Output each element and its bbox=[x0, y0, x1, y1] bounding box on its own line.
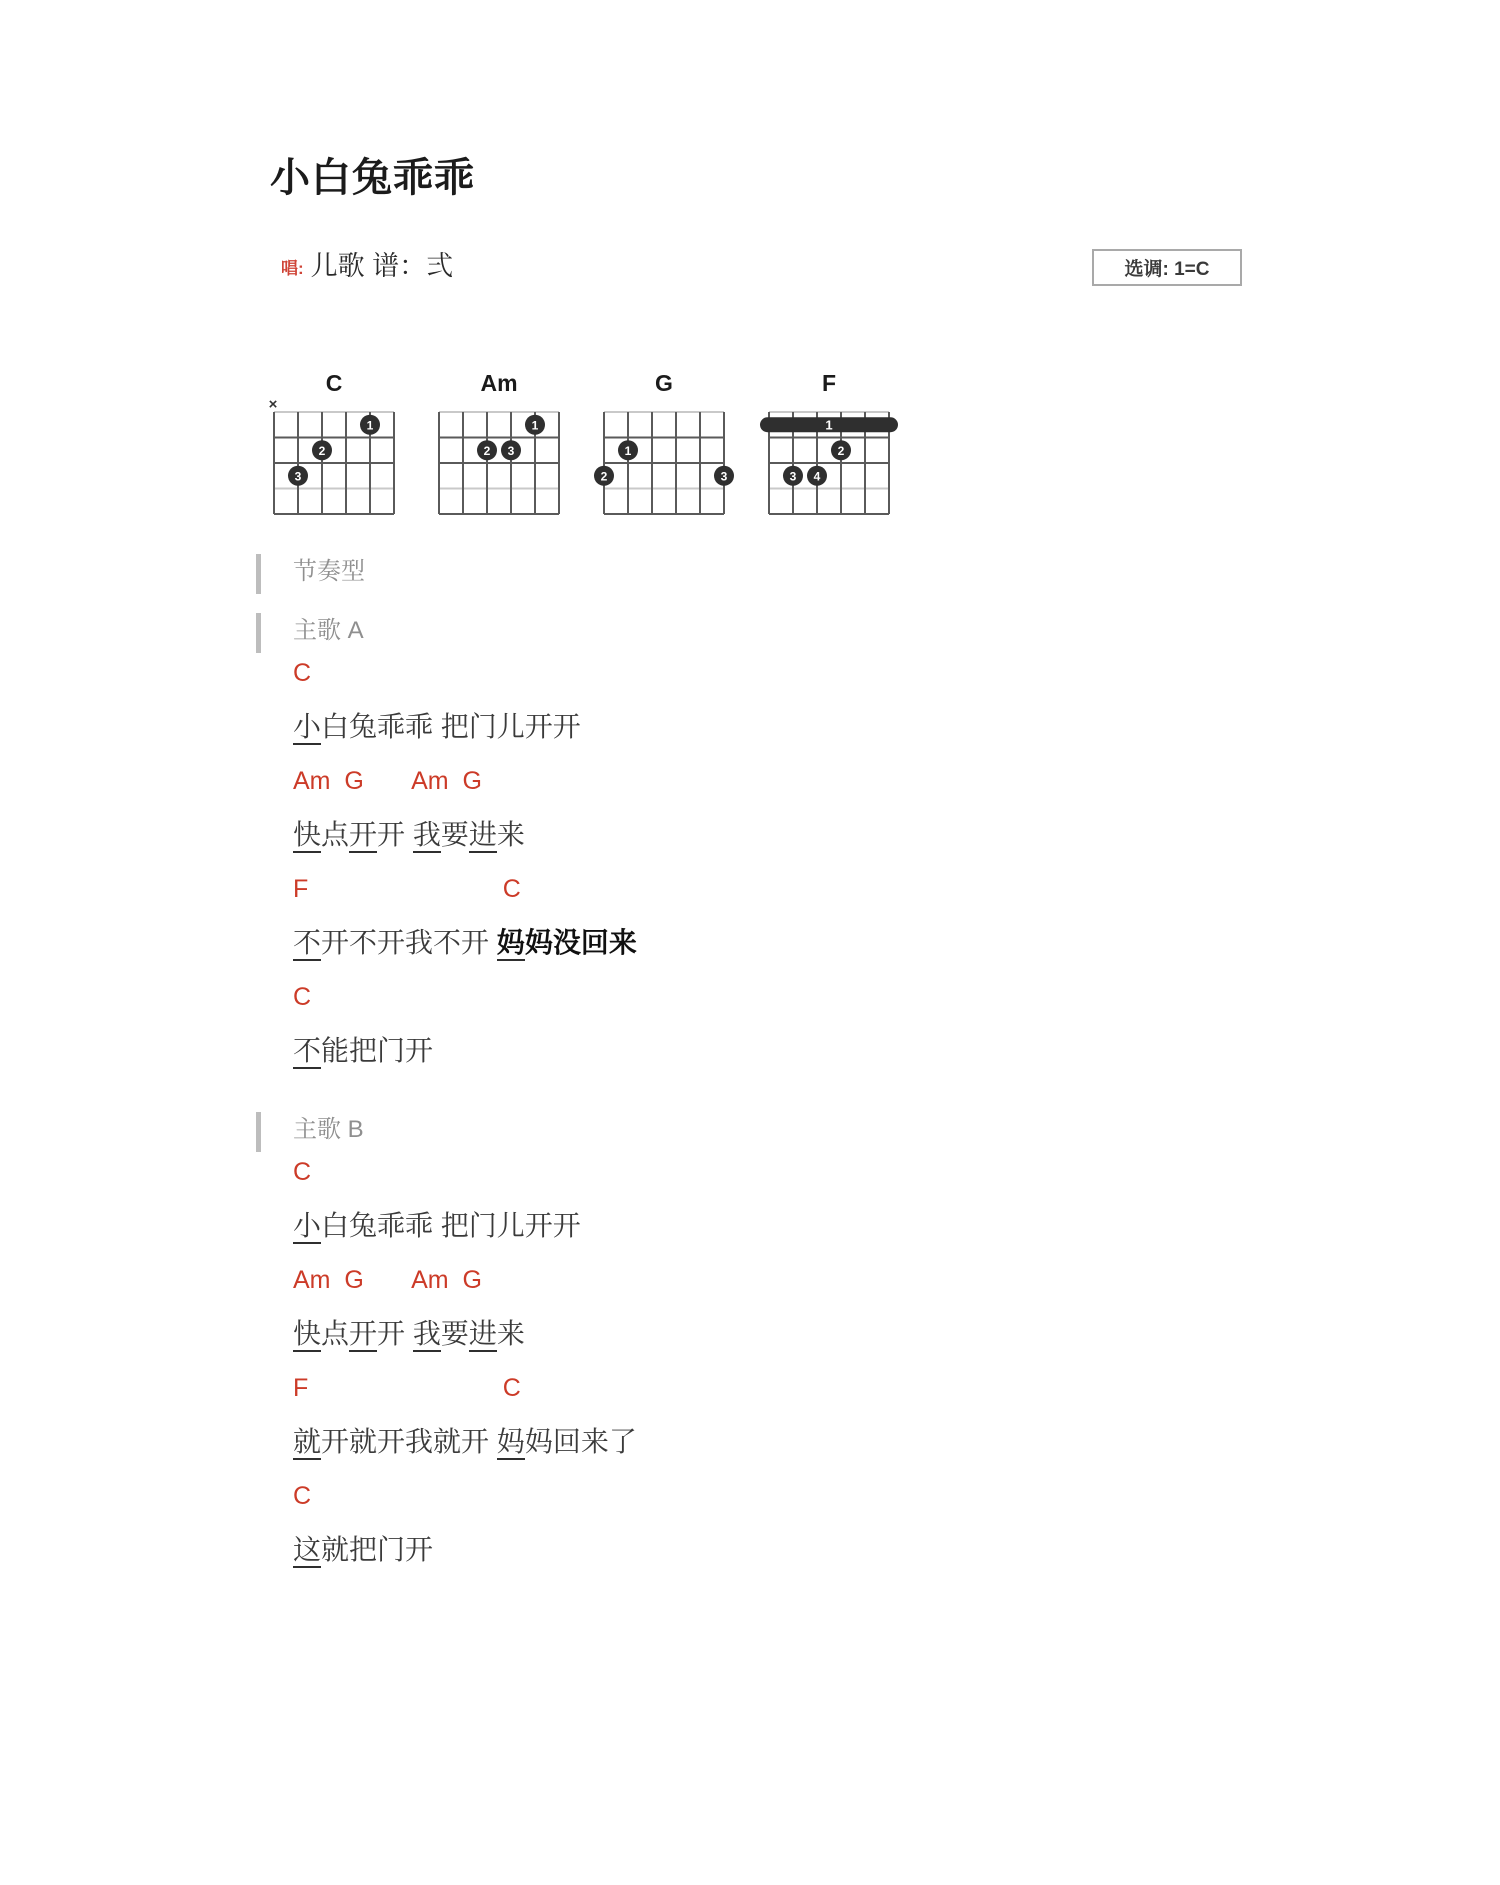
chord-diagram: C×123 bbox=[262, 370, 406, 522]
lyric-segment: 开 bbox=[377, 819, 413, 850]
finger-number: 3 bbox=[508, 444, 515, 458]
lyric-line: 小白兔乖乖 把门儿开开 bbox=[293, 709, 637, 745]
finger-number: 1 bbox=[367, 418, 374, 432]
barre-finger-number: 1 bbox=[825, 417, 832, 432]
chord-diagram: G123 bbox=[592, 370, 736, 522]
lyric-segment: 要 bbox=[441, 1318, 469, 1349]
lyric-segment: 点 bbox=[321, 819, 349, 850]
section: 主歌 AC小白兔乖乖 把门儿开开Am G Am G快点开开 我要进来F C不开不… bbox=[256, 615, 637, 1069]
chord-line: C bbox=[293, 1482, 637, 1510]
lyric-segment: 不 bbox=[293, 927, 321, 961]
lyric-segment: 不 bbox=[293, 1035, 321, 1069]
finger-number: 2 bbox=[319, 444, 326, 458]
chord-diagrams: C×123Am123G123F1234 bbox=[262, 370, 901, 522]
lyric-segment: 白兔乖乖 把门儿开开 bbox=[321, 1210, 581, 1241]
lyric-segment: 开就开我就开 bbox=[321, 1426, 497, 1457]
lyric-segment: 要 bbox=[441, 819, 469, 850]
lyric-segment: 进 bbox=[469, 819, 497, 853]
section-label: 主歌 A bbox=[293, 617, 364, 644]
chord-name: Am bbox=[427, 370, 571, 398]
finger-number: 1 bbox=[532, 418, 539, 432]
lyric-segment: 小 bbox=[293, 1210, 321, 1244]
muted-x-icon: × bbox=[269, 398, 278, 413]
finger-number: 2 bbox=[601, 469, 608, 483]
lyric-line: 小白兔乖乖 把门儿开开 bbox=[293, 1208, 637, 1244]
lyric-segment: 快 bbox=[293, 1318, 321, 1352]
chord-line: C bbox=[293, 659, 637, 687]
lyric-segment: 小 bbox=[293, 711, 321, 745]
lyric-segment: 妈 bbox=[497, 927, 525, 961]
lyric-segment: 点 bbox=[321, 1318, 349, 1349]
lyric-segment: 就 bbox=[293, 1426, 321, 1460]
chord-line: Am G Am G bbox=[293, 1266, 637, 1294]
lyric-line: 这就把门开 bbox=[293, 1532, 637, 1568]
chord-name: G bbox=[592, 370, 736, 398]
credits: 唱: 儿歌 谱：弍 bbox=[281, 244, 453, 283]
section-label: 节奏型 bbox=[293, 558, 365, 585]
lyric-segment: 能把门开 bbox=[321, 1035, 433, 1066]
chord-line: C bbox=[293, 983, 637, 1011]
finger-number: 2 bbox=[484, 444, 491, 458]
lyric-segment: 来 bbox=[497, 819, 525, 850]
chord-grid-svg: 123 bbox=[427, 398, 571, 522]
credit-singer-label: 唱: bbox=[281, 254, 304, 283]
section-label: 主歌 B bbox=[293, 1116, 364, 1143]
chord-sheet-page: 小白兔乖乖 唱: 儿歌 谱：弍 选调: 1=C C×123Am123G123F1… bbox=[0, 0, 1500, 1885]
lyric-segment: 我 bbox=[413, 1318, 441, 1352]
lyric-segment: 开不开我不开 bbox=[321, 927, 497, 958]
chord-diagram: F1234 bbox=[757, 370, 901, 522]
chord-line: F C bbox=[293, 875, 637, 903]
chord-line: F C bbox=[293, 1374, 637, 1402]
chord-grid-svg: 123 bbox=[592, 398, 736, 522]
finger-number: 3 bbox=[721, 469, 728, 483]
lyric-sections: 节奏型主歌 AC小白兔乖乖 把门儿开开Am G Am G快点开开 我要进来F C… bbox=[256, 556, 637, 1613]
lyric-segment: 开 bbox=[377, 1318, 413, 1349]
chord-diagram: Am123 bbox=[427, 370, 571, 522]
lyric-line: 快点开开 我要进来 bbox=[293, 1316, 637, 1352]
lyric-segment: 进 bbox=[469, 1318, 497, 1352]
section-lines: C小白兔乖乖 把门儿开开Am G Am G快点开开 我要进来F C就开就开我就开… bbox=[293, 1158, 637, 1568]
section-header: 主歌 A bbox=[256, 615, 637, 647]
lyric-line: 就开就开我就开 妈妈回来了 bbox=[293, 1424, 637, 1460]
finger-number: 4 bbox=[814, 469, 821, 483]
lyric-segment: 这 bbox=[293, 1534, 321, 1568]
credit-text: 儿歌 谱：弍 bbox=[311, 244, 454, 283]
song-title: 小白兔乖乖 bbox=[270, 146, 475, 203]
chord-grid-svg: ×123 bbox=[262, 398, 406, 522]
finger-number: 3 bbox=[790, 469, 797, 483]
lyric-segment: 妈 bbox=[497, 1426, 525, 1460]
section-bar bbox=[256, 613, 261, 653]
finger-number: 1 bbox=[625, 444, 632, 458]
key-selector[interactable]: 选调: 1=C bbox=[1092, 249, 1242, 286]
section-bar bbox=[256, 1112, 261, 1152]
lyric-line: 不开不开我不开 妈妈没回来 bbox=[293, 925, 637, 961]
lyric-segment: 妈没回来 bbox=[525, 927, 637, 958]
lyric-segment: 开 bbox=[349, 819, 377, 853]
chord-grid-svg: 1234 bbox=[757, 398, 901, 522]
lyric-segment: 我 bbox=[413, 819, 441, 853]
finger-number: 2 bbox=[838, 444, 845, 458]
lyric-segment: 开 bbox=[349, 1318, 377, 1352]
lyric-segment: 白兔乖乖 把门儿开开 bbox=[321, 711, 581, 742]
section-header: 主歌 B bbox=[256, 1114, 637, 1146]
lyric-segment: 来 bbox=[497, 1318, 525, 1349]
lyric-line: 不能把门开 bbox=[293, 1033, 637, 1069]
section-bar bbox=[256, 554, 261, 594]
lyric-segment: 妈回来了 bbox=[525, 1426, 637, 1457]
section-header: 节奏型 bbox=[256, 556, 637, 588]
chord-line: Am G Am G bbox=[293, 767, 637, 795]
chord-name: F bbox=[757, 370, 901, 398]
lyric-segment: 就把门开 bbox=[321, 1534, 433, 1565]
chord-line: C bbox=[293, 1158, 637, 1186]
section-lines: C小白兔乖乖 把门儿开开Am G Am G快点开开 我要进来F C不开不开我不开… bbox=[293, 659, 637, 1069]
lyric-line: 快点开开 我要进来 bbox=[293, 817, 637, 853]
section: 主歌 BC小白兔乖乖 把门儿开开Am G Am G快点开开 我要进来F C就开就… bbox=[256, 1114, 637, 1568]
chord-name: C bbox=[262, 370, 406, 398]
lyric-segment: 快 bbox=[293, 819, 321, 853]
section: 节奏型 bbox=[256, 556, 637, 588]
finger-number: 3 bbox=[295, 469, 302, 483]
